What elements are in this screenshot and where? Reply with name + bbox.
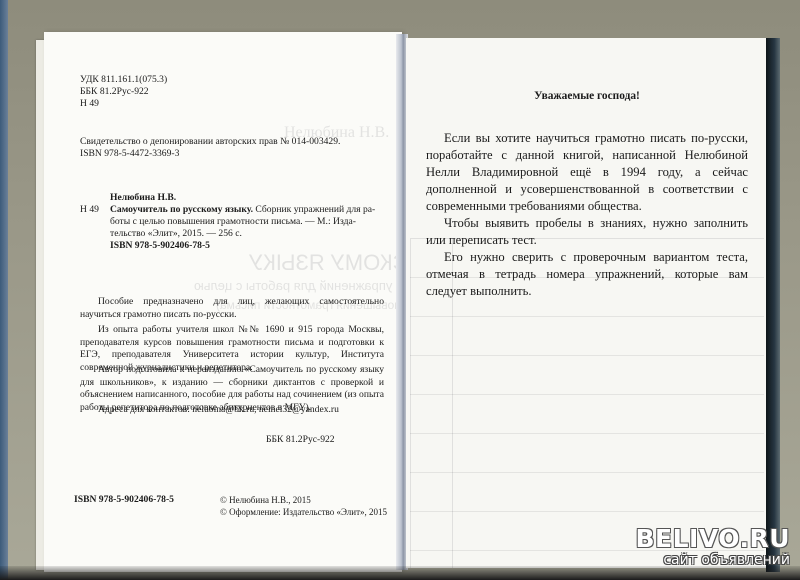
- catalog-isbn: ISBN 978-5-902406-78-5: [110, 240, 210, 253]
- copyright-design: © Оформление: Издательство «Элит», 2015: [220, 506, 387, 519]
- contact-addresses: Адреса для контактов: nelubina@bk.ru, ne…: [80, 404, 339, 417]
- catalog-desc-1: Сборник упражнений для ра-: [253, 204, 375, 215]
- intro-paragraph: Если вы хотите научиться грамотно писать…: [426, 130, 748, 215]
- book-title: Самоучитель по русскому языку.: [110, 204, 253, 215]
- check-paragraph: Его нужно сверить с проверочным варианто…: [426, 249, 748, 300]
- isbn-bottom: ISBN 978-5-902406-78-5: [74, 494, 174, 507]
- catalog-code: Н 49: [80, 204, 99, 217]
- bbk-code: ББК 81.2Рус-922: [80, 86, 149, 99]
- copyright-author: © Нелюбина Н.В., 2015: [220, 494, 311, 507]
- udk-code: УДК 811.161.1(075.3): [80, 74, 167, 87]
- site-watermark: BELIVO.RU сайт объявлений: [635, 526, 790, 568]
- catalog-desc-2: боты с целью повышения грамотности письм…: [110, 216, 356, 229]
- watermark-site: BELIVO.RU: [635, 526, 790, 552]
- isbn-primary: ISBN 978-5-4472-3369-3: [80, 148, 179, 161]
- page-shadow: [766, 38, 780, 572]
- test-paragraph: Чтобы выявить пробелы в знаниях, нужно з…: [426, 215, 748, 249]
- copyright-certificate: Свидетельство о депонировании авторских …: [80, 136, 340, 149]
- catalog-author: Нелюбина Н.В.: [110, 192, 176, 205]
- author-mark: Н 49: [80, 98, 99, 111]
- right-page: Уважаемые господа! Если вы хотите научит…: [406, 38, 768, 568]
- watermark-tagline: сайт объявлений: [635, 552, 790, 568]
- greeting-heading: Уважаемые господа!: [406, 90, 768, 102]
- scan-edge: [0, 0, 8, 580]
- annotation-purpose: Пособие предназначено для лиц, желающих …: [80, 296, 384, 321]
- catalog-entry: Самоучитель по русскому языку. Сборник у…: [110, 204, 375, 217]
- bottom-shadow: [0, 566, 800, 580]
- left-page: Нелюбина Н.В. ПО РУССКОМУ ЯЗЫКУ (сборник…: [44, 32, 402, 572]
- catalog-desc-3: тельство «Элит», 2015. — 256 с.: [110, 228, 242, 241]
- bbk-bottom: ББК 81.2Рус-922: [266, 434, 335, 447]
